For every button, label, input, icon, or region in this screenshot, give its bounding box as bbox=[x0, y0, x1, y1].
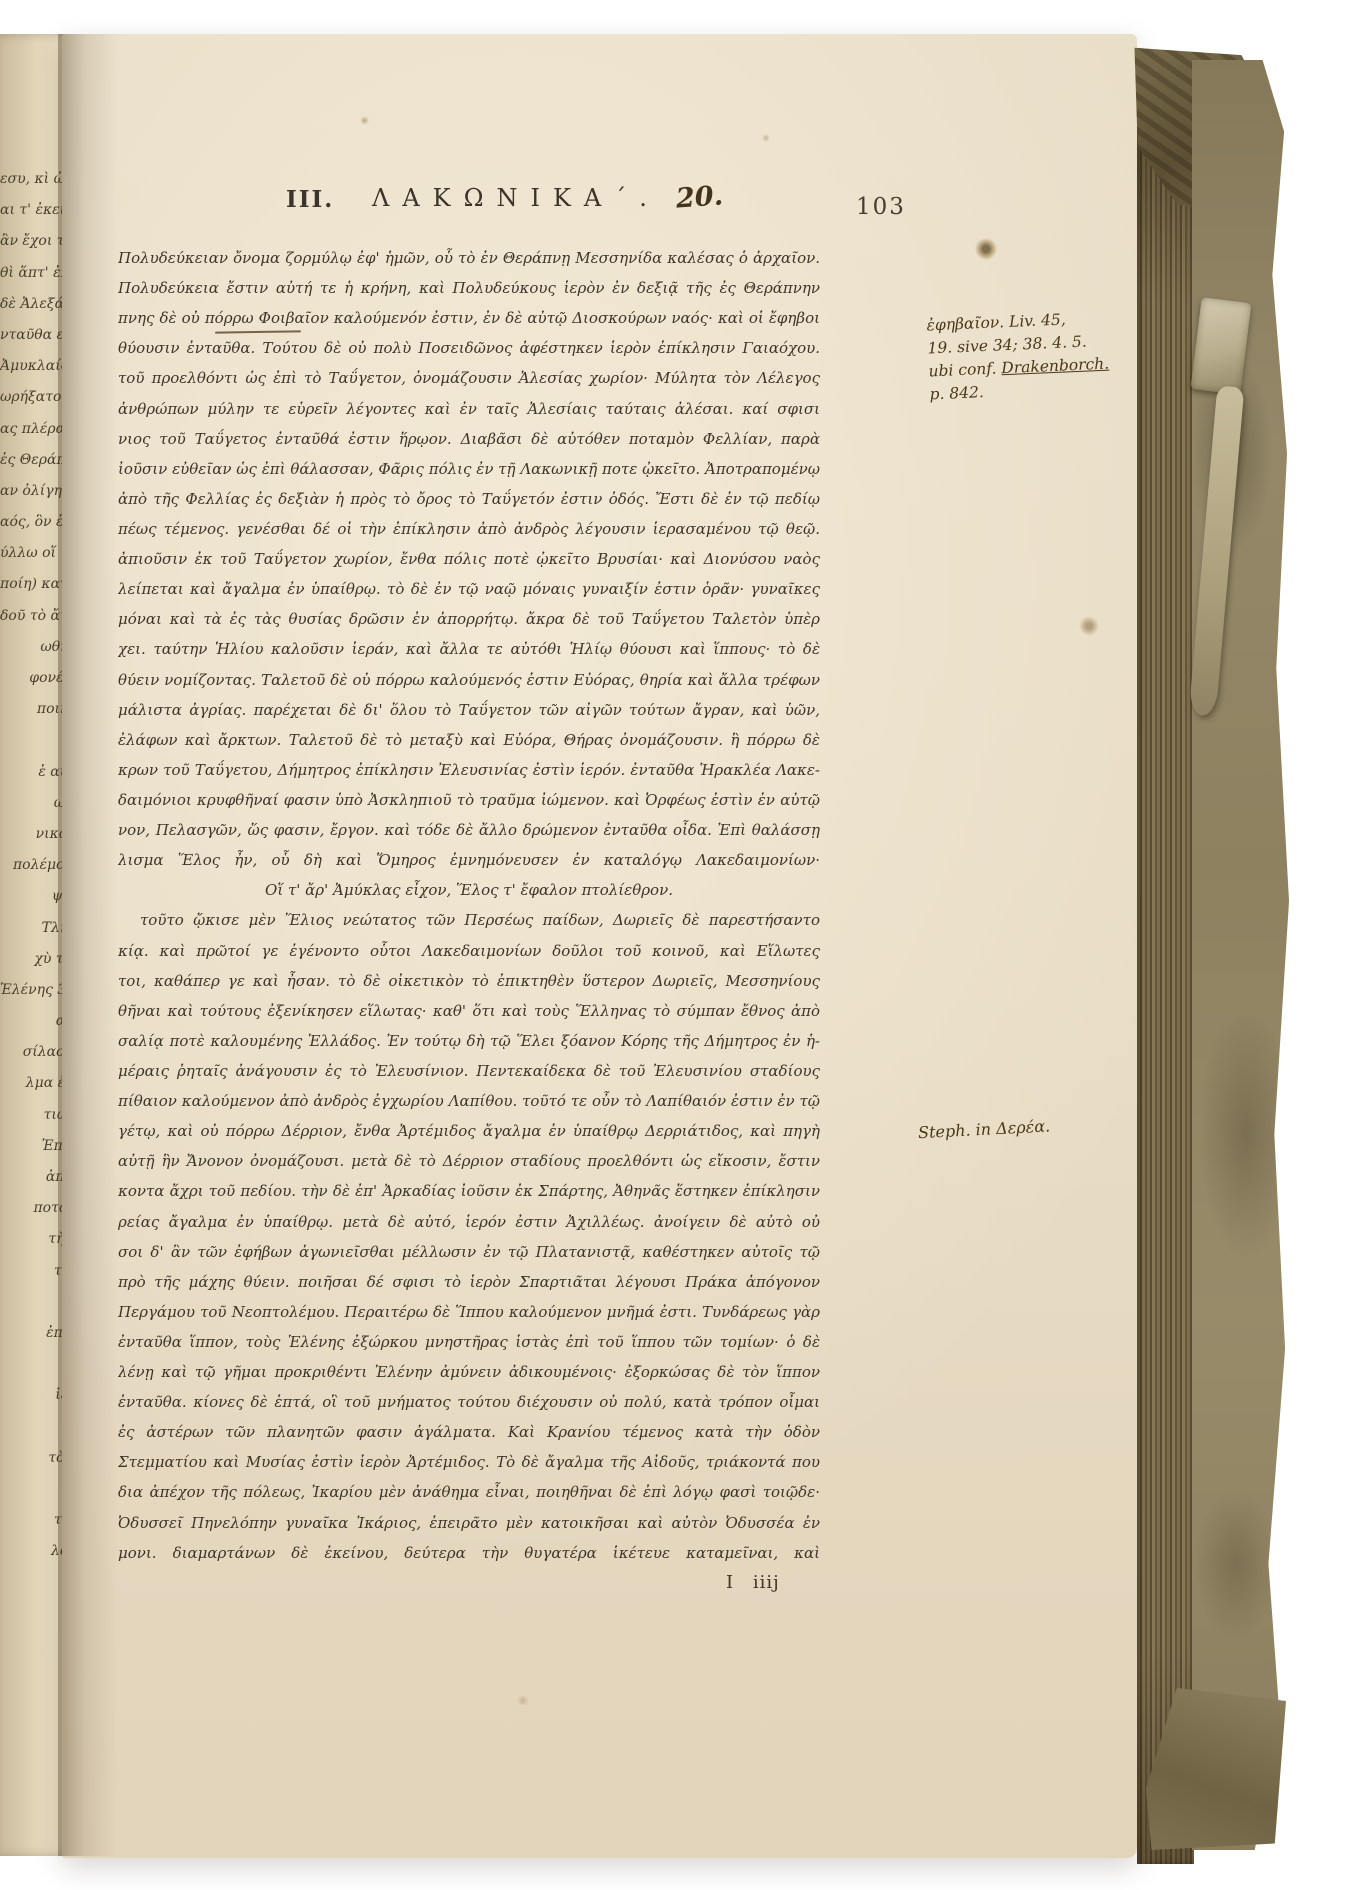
text-line: λένῃ καὶ τῷ γῆμαι προκριθέντι Ἑλένην ἀμύ… bbox=[118, 1357, 820, 1387]
line-text: Στεμματίου καὶ Μυσίας ἐστὶν ἱερὸν Ἀρτέμι… bbox=[118, 1453, 820, 1477]
text-line: χει. ταύτην Ἡλίου καλοῦσιν ἱεράν, καὶ ἄλ… bbox=[118, 634, 820, 664]
text-line: λείπεται καὶ ἄγαλμα ἐν ὑπαίθρῳ. τὸ δὲ ἐν… bbox=[118, 574, 820, 604]
text-line: ρείας ἄγαλμα ἐν ὑπαίθρῳ. μετὰ δὲ αὐτό, ἱ… bbox=[118, 1207, 820, 1237]
line-text: σαλίᾳ ποτὲ καλουμένης Ἑλλάδος. Ἐν τούτῳ … bbox=[118, 1032, 820, 1050]
line-text: σοι δ' ἂν τῶν ἐφήβων ἀγωνιεῖσθαι μέλλωσι… bbox=[118, 1243, 820, 1267]
line-text: Περγάμου τοῦ Νεοπτολέμου. Περαιτέρω δὲ Ἵ… bbox=[118, 1303, 820, 1327]
line-text: Ὀδυσσεῖ Πηνελόπην γυναῖκα Ἰκάριος, ἐπειρ… bbox=[118, 1514, 820, 1538]
line-text: αὐτῇ ἣν Ἄνονον ὀνομάζουσι. μετὰ δὲ τὸ Δέ… bbox=[118, 1152, 820, 1176]
text-line: τοι, καθάπερ γε καὶ ἦσαν. τὸ δὲ οἰκετικὸ… bbox=[118, 966, 820, 996]
text-line: μονι. διαμαρτάνων δὲ ἐκείνου, δεύτερα τὴ… bbox=[118, 1538, 820, 1568]
line-text: Πολυδεύκεια ἔστιν αὐτή τε ἡ κρήνη, καὶ Π… bbox=[118, 279, 820, 303]
line-text: Πολυδεύκειαν ὄνομα ζορμύλῳ ἐφ' ἡμῶν, οὗ … bbox=[118, 249, 820, 273]
text-line: θύειν νομίζοντας. Ταλετοῦ δὲ οὐ πόρρω κα… bbox=[118, 665, 820, 695]
text-line: λισμα Ἕλος ἦν, οὗ δὴ καὶ Ὅμηρος ἐμνημόνε… bbox=[118, 845, 820, 875]
line-text: χει. ταύτην Ἡλίου καλοῦσιν ἱεράν, καὶ ἄλ… bbox=[118, 640, 820, 664]
line-text: δια ἀπέχον τῆς πόλεως, Ἰκαρίου μὲν ἀνάθη… bbox=[118, 1483, 820, 1507]
line-text: νον, Πελασγῶν, ὥς φασιν, ἔργον. καὶ τόδε… bbox=[118, 821, 820, 845]
line-text: ἐς ἀστέρων τῶν πλανητῶν φασιν ἀγάλματα. … bbox=[118, 1423, 820, 1447]
text-line: Πολυδεύκειαν ὄνομα ζορμύλῳ ἐφ' ἡμῶν, οὗ … bbox=[118, 243, 820, 273]
header-chapter-manuscript-number: 20. bbox=[675, 180, 724, 214]
line-text: θύουσιν ἐνταῦθα. Τούτου δὲ οὐ πολὺ Ποσει… bbox=[118, 339, 820, 363]
text-line: 40ἐς ἀστέρων τῶν πλανητῶν φασιν ἀγάλματα… bbox=[118, 1417, 820, 1447]
text-line: Ὀδυσσεῖ Πηνελόπην γυναῖκα Ἰκάριος, ἐπειρ… bbox=[118, 1508, 820, 1538]
text-line: πνης δὲ οὐ πόρρω Φοιβαῖον καλούμενόν ἐστ… bbox=[118, 303, 820, 333]
line-text: λένῃ καὶ τῷ γῆμαι προκριθέντι Ἑλένην ἀμύ… bbox=[118, 1363, 820, 1387]
line-text: κίᾳ. καὶ πρῶτοί γε ἐγένοντο οὗτοι Λακεδα… bbox=[118, 942, 820, 966]
text-line: κρων τοῦ Ταΰγετου, Δήμητρος ἐπίκλησιν Ἐλ… bbox=[118, 755, 820, 785]
line-text: λείπεται καὶ ἄγαλμα ἐν ὑπαίθρῳ. τὸ δὲ ἐν… bbox=[118, 580, 820, 604]
line-text: τοι, καθάπερ γε καὶ ἦσαν. τὸ δὲ οἰκετικὸ… bbox=[118, 972, 820, 996]
line-text: πίθαιον καλούμενον ἀπὸ ἀνδρὸς ἐγχωρίου Λ… bbox=[118, 1092, 820, 1116]
fore-edge-page-stack bbox=[1137, 88, 1194, 1864]
header-book-numeral: III. bbox=[286, 186, 334, 213]
text-line: ἰοῦσιν εὐθεῖαν ὡς ἐπὶ θάλασσαν, Φᾶρις πό… bbox=[118, 454, 820, 484]
text-line: 30γέτῳ, καὶ οὐ πόρρω Δέρριον, ἔνθα Ἀρτέμ… bbox=[118, 1116, 820, 1146]
line-text: μονι. διαμαρτάνων δὲ ἐκείνου, δεύτερα τὴ… bbox=[118, 1544, 820, 1568]
line-text: λισμα Ἕλος ἦν, οὗ δὴ καὶ Ὅμηρος ἐμνημόνε… bbox=[118, 851, 820, 869]
text-line: νιος τοῦ Ταΰγετος ἐνταῦθά ἐστιν ἥρῳον. Δ… bbox=[118, 424, 820, 454]
text-line: Οἵ τ' ἄρ' Ἀμύκλας εἶχον, Ἕλος τ' ἔφαλον … bbox=[118, 875, 820, 905]
line-text: ἀπιοῦσιν ἐκ τοῦ Ταΰγετον χωρίον, ἔνθα πό… bbox=[118, 550, 820, 574]
text-line: τοῦ προελθόντι ὡς ἐπὶ τὸ Ταΰγετον, ὀνομά… bbox=[118, 363, 820, 393]
text-line: ἐνταῦθα ἵππον, τοὺς Ἑλένης ἐξώρκου μνηστ… bbox=[118, 1327, 820, 1357]
text-line: ἀπιοῦσιν ἐκ τοῦ Ταΰγετον χωρίον, ἔνθα πό… bbox=[118, 544, 820, 574]
line-text: τοῦτο ᾤκισε μὲν Ἕλιος νεώτατος τῶν Περσέ… bbox=[118, 911, 820, 935]
line-text: ἀνθρώπων μύλην τε εὑρεῖν λέγοντες καὶ ἐν… bbox=[118, 400, 820, 424]
line-text: γέτῳ, καὶ οὐ πόρρω Δέρριον, ἔνθα Ἀρτέμιδ… bbox=[118, 1122, 820, 1146]
text-line: μάλιστα ἀγρίας. παρέχεται δὲ δι' ὅλου τὸ… bbox=[118, 695, 820, 725]
text-line: δια ἀπέχον τῆς πόλεως, Ἰκαρίου μὲν ἀνάθη… bbox=[118, 1477, 820, 1507]
margin-note-ephebaion: ἐφηβαῖον. Liv. 45, 19. sive 34; 38. 4. 5… bbox=[926, 306, 1135, 407]
book-photo: εσυ, κὶ ὡς ὑπὸαι τ' ἐκείνουἂν ἔχοι τὰ ἀλ… bbox=[0, 0, 1348, 1890]
line-text: κοντα ἄχρι τοῦ πεδίου. τὴν δὲ ἐπ' Ἀρκαδί… bbox=[118, 1182, 820, 1206]
line-text: μάλιστα ἀγρίας. παρέχεται δὲ δι' ὅλου τὸ… bbox=[118, 701, 820, 725]
line-text: κρων τοῦ Ταΰγετου, Δήμητρος ἐπίκλησιν Ἐλ… bbox=[118, 761, 820, 779]
line-text: ἐνταῦθα ἵππον, τοὺς Ἑλένης ἐξώρκου μνηστ… bbox=[118, 1333, 820, 1357]
line-text: Οἵ τ' ἄρ' Ἀμύκλας εἶχον, Ἕλος τ' ἔφαλον … bbox=[265, 881, 673, 899]
text-line: θῆναι καὶ τούτους ἐξενίκησεν εἵλωτας· κα… bbox=[118, 996, 820, 1026]
line-text: τοῦ προελθόντι ὡς ἐπὶ τὸ Ταΰγετον, ὀνομά… bbox=[118, 369, 820, 393]
text-line: 10πέως τέμενος. γενέσθαι δέ οἱ τὴν ἐπίκλ… bbox=[118, 514, 820, 544]
line-text: δαιμόνιοι κρυφθῆναί φασιν ὑπὸ Ἀσκληπιοῦ … bbox=[118, 791, 820, 815]
stain bbox=[360, 116, 369, 125]
line-text: ἀπὸ τῆς Φελλίας ἐς δεξιὰν ἡ πρὸς τὸ ὄρος… bbox=[118, 490, 820, 514]
text-line: δαιμόνιοι κρυφθῆναί φασιν ὑπὸ Ἀσκληπιοῦ … bbox=[118, 785, 820, 815]
text-line: σοι δ' ἂν τῶν ἐφήβων ἀγωνιεῖσθαι μέλλωσι… bbox=[118, 1237, 820, 1267]
text-line: σαλίᾳ ποτὲ καλουμένης Ἑλλάδος. Ἐν τούτῳ … bbox=[118, 1026, 820, 1056]
line-text: πέως τέμενος. γενέσθαι δέ οἱ τὴν ἐπίκλησ… bbox=[118, 520, 820, 544]
text-line: μόναι καὶ τὰ ἐς τὰς θυσίας δρῶσιν ἐν ἀπο… bbox=[118, 604, 820, 634]
line-text: μέραις ῥηταῖς ἀνάγουσιν ἐς τὸ Ἐλευσίνιον… bbox=[118, 1062, 820, 1086]
text-line: κοντα ἄχρι τοῦ πεδίου. τὴν δὲ ἐπ' Ἀρκαδί… bbox=[118, 1176, 820, 1206]
text-line: τοῦτο ᾤκισε μὲν Ἕλιος νεώτατος τῶν Περσέ… bbox=[118, 905, 820, 935]
body-text-block: Πολυδεύκειαν ὄνομα ζορμύλῳ ἐφ' ἡμῶν, οὗ … bbox=[118, 243, 820, 1568]
text-line: πρὸ τῆς μάχης θύειν. ποιῆσαι δέ σφισι τὸ… bbox=[118, 1267, 820, 1297]
text-line: αὐτῇ ἣν Ἄνονον ὀνομάζουσι. μετὰ δὲ τὸ Δέ… bbox=[118, 1146, 820, 1176]
header-running-title: ΛΑΚΩΝΙΚΑ΄. bbox=[372, 184, 660, 212]
text-line: μέραις ῥηταῖς ἀνάγουσιν ἐς τὸ Ἐλευσίνιον… bbox=[118, 1056, 820, 1086]
text-line: Πολυδεύκεια ἔστιν αὐτή τε ἡ κρήνη, καὶ Π… bbox=[118, 273, 820, 303]
line-text: ἰοῦσιν εὐθεῖαν ὡς ἐπὶ θάλασσαν, Φᾶρις πό… bbox=[118, 460, 820, 484]
margin-note-underlined-text: Drakenborch. bbox=[1001, 355, 1110, 378]
line-text: μόναι καὶ τὰ ἐς τὰς θυσίας δρῶσιν ἐν ἀπο… bbox=[118, 610, 820, 634]
line-text: ρείας ἄγαλμα ἐν ὑπαίθρῳ. μετὰ δὲ αὐτό, ἱ… bbox=[118, 1213, 820, 1237]
text-line: ἐλάφων καὶ ἄρκτων. Ταλετοῦ δὲ τὸ μεταξὺ … bbox=[118, 725, 820, 755]
text-line: Στεμματίου καὶ Μυσίας ἐστὶν ἱερὸν Ἀρτέμι… bbox=[118, 1447, 820, 1477]
line-text: πνης δὲ οὐ πόρρω Φοιβαῖον καλούμενόν ἐστ… bbox=[118, 309, 820, 333]
text-line: κίᾳ. καὶ πρῶτοί γε ἐγένοντο οὗτοι Λακεδα… bbox=[118, 936, 820, 966]
line-text: θύειν νομίζοντας. Ταλετοῦ δὲ οὐ πόρρω κα… bbox=[118, 671, 820, 695]
line-text: ἐνταῦθα. κίονες δὲ ἑπτά, οἳ τοῦ μνήματος… bbox=[118, 1393, 820, 1417]
line-text: ἐλάφων καὶ ἄρκτων. Ταλετοῦ δὲ τὸ μεταξὺ … bbox=[118, 731, 820, 755]
text-line: Περγάμου τοῦ Νεοπτολέμου. Περαιτέρω δὲ Ἵ… bbox=[118, 1297, 820, 1327]
margin-note-text: ubi conf. bbox=[928, 359, 1002, 380]
text-line: πίθαιον καλούμενον ἀπὸ ἀνδρὸς ἐγχωρίου Λ… bbox=[118, 1086, 820, 1116]
page-number: 103 bbox=[856, 194, 906, 220]
text-line: 20νον, Πελασγῶν, ὥς φασιν, ἔργον. καὶ τό… bbox=[118, 815, 820, 845]
line-text: νιος τοῦ Ταΰγετος ἐνταῦθά ἐστιν ἥρῳον. Δ… bbox=[118, 430, 820, 454]
text-line: ἀπὸ τῆς Φελλίας ἐς δεξιὰν ἡ πρὸς τὸ ὄρος… bbox=[118, 484, 820, 514]
text-line: ἀνθρώπων μύλην τε εὑρεῖν λέγοντες καὶ ἐν… bbox=[118, 394, 820, 424]
signature-mark: I iiij bbox=[726, 1572, 780, 1593]
stain bbox=[762, 134, 770, 142]
line-text: πρὸ τῆς μάχης θύειν. ποιῆσαι δέ σφισι τὸ… bbox=[118, 1273, 820, 1297]
text-line: ἐνταῦθα. κίονες δὲ ἑπτά, οἳ τοῦ μνήματος… bbox=[118, 1387, 820, 1417]
line-text: θῆναι καὶ τούτους ἐξενίκησεν εἵλωτας· κα… bbox=[118, 1002, 820, 1026]
text-line: θύουσιν ἐνταῦθα. Τούτου δὲ οὐ πολὺ Ποσει… bbox=[118, 333, 820, 363]
